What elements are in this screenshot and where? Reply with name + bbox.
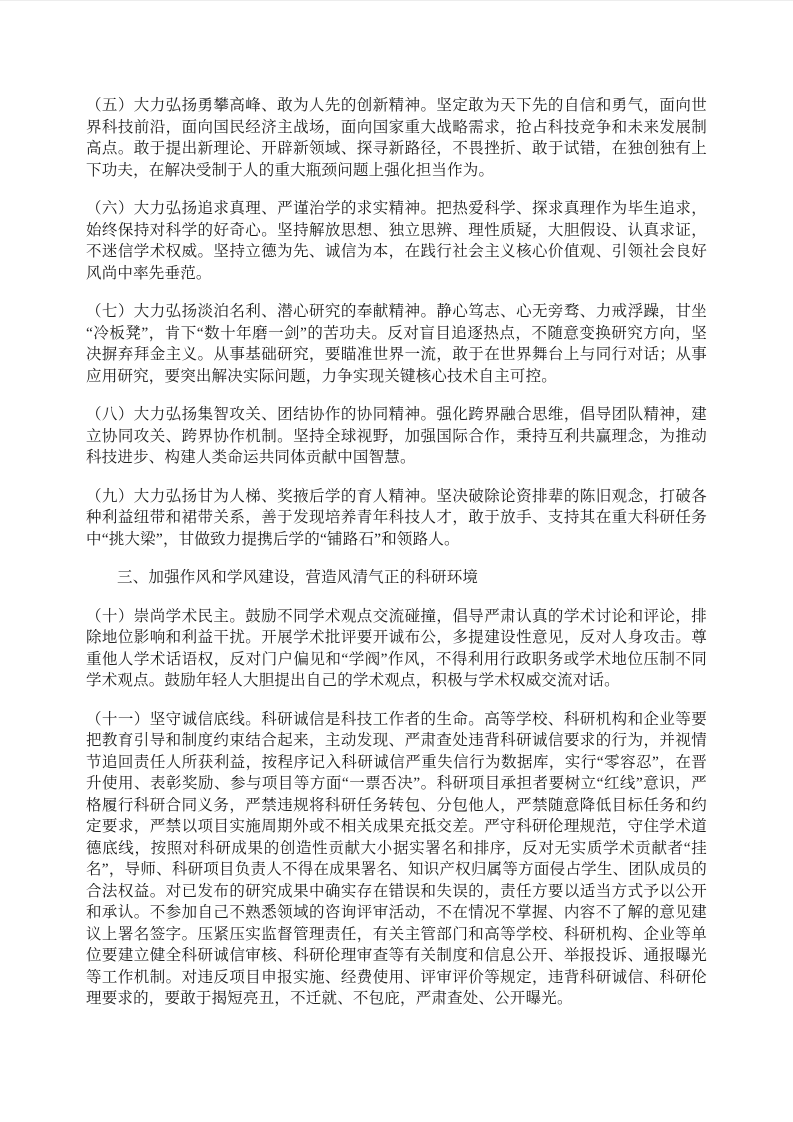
paragraph: （七）大力弘扬淡泊名利、潜心研究的奉献精神。静心笃志、心无旁骛、力戒浮躁，甘坐“…	[86, 301, 707, 387]
paragraph: （八）大力弘扬集智攻关、团结协作的协同精神。强化跨界融合思维，倡导团队精神，建立…	[86, 404, 707, 469]
paragraph: （十一）坚守诚信底线。科研诚信是科技工作者的生命。高等学校、科研机构和企业等要把…	[86, 709, 707, 1010]
paragraph: （五）大力弘扬勇攀高峰、敢为人先的创新精神。坚定敢为天下先的自信和勇气，面向世界…	[86, 95, 707, 181]
paragraph: （九）大力弘扬甘为人梯、奖掖后学的育人精神。坚决破除论资排辈的陈旧观念，打破各种…	[86, 486, 707, 551]
paragraph: （六）大力弘扬追求真理、严谨治学的求实精神。把热爱科学、探求真理作为毕生追求，始…	[86, 198, 707, 284]
document-page: （五）大力弘扬勇攀高峰、敢为人先的创新精神。坚定敢为天下先的自信和勇气，面向世界…	[0, 0, 793, 1122]
section-heading: 三、加强作风和学风建设，营造风清气正的科研环境	[86, 567, 707, 589]
document-body: （五）大力弘扬勇攀高峰、敢为人先的创新精神。坚定敢为天下先的自信和勇气，面向世界…	[86, 95, 707, 1010]
paragraph: （十）崇尚学术民主。鼓励不同学术观点交流碰撞，倡导严肃认真的学术讨论和评论，排除…	[86, 606, 707, 692]
